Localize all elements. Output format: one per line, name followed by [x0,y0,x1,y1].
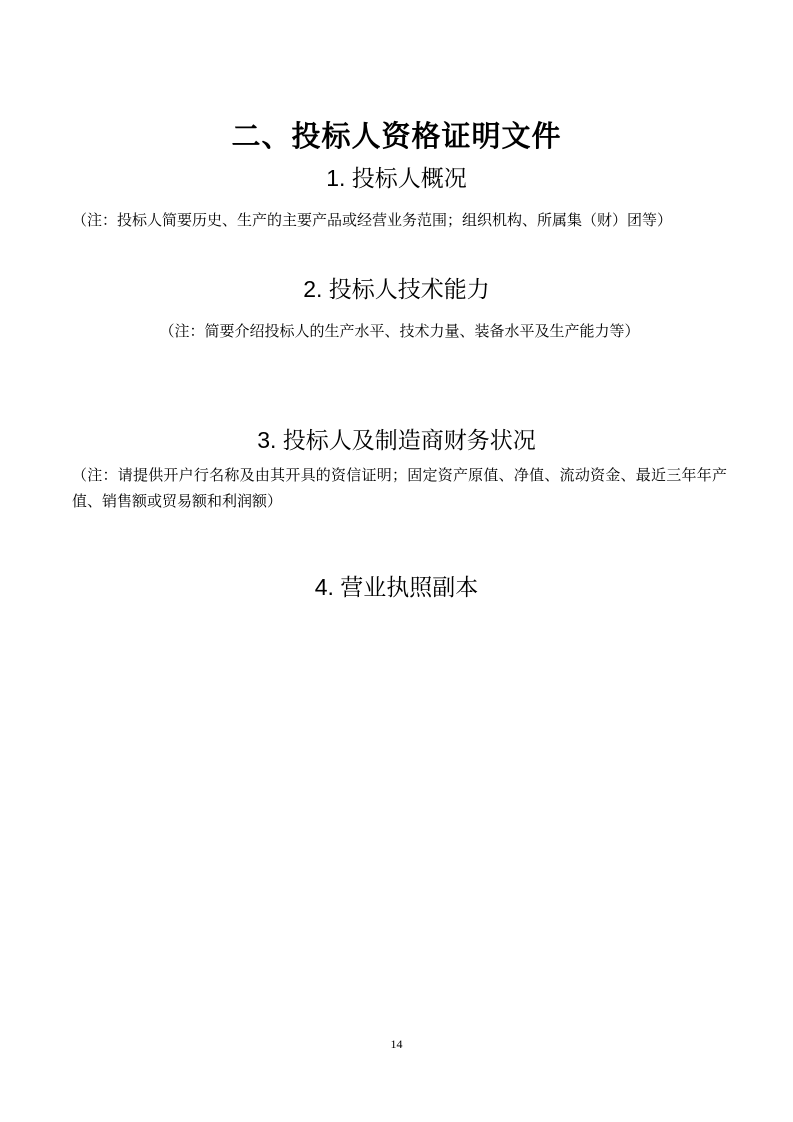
document-title: 二、投标人资格证明文件 [0,116,793,158]
section-1-heading: 1. 投标人概况 [0,163,793,193]
section-2-heading: 2. 投标人技术能力 [0,274,793,304]
document-page: 二、投标人资格证明文件 1. 投标人概况 （注：投标人简要历史、生产的主要产品或… [0,0,793,1122]
section-3-heading: 3. 投标人及制造商财务状况 [0,425,793,455]
page-number: 14 [0,1037,793,1052]
section-3-note: （注：请提供开户行名称及由其开具的资信证明；固定资产原值、净值、流动资金、最近三… [72,463,727,515]
section-2-note: （注：简要介绍投标人的生产水平、技术力量、装备水平及生产能力等） [72,319,727,345]
section-1-note: （注：投标人简要历史、生产的主要产品或经营业务范围；组织机构、所属集（财）团等） [72,208,727,234]
section-4-heading: 4. 营业执照副本 [0,572,793,602]
